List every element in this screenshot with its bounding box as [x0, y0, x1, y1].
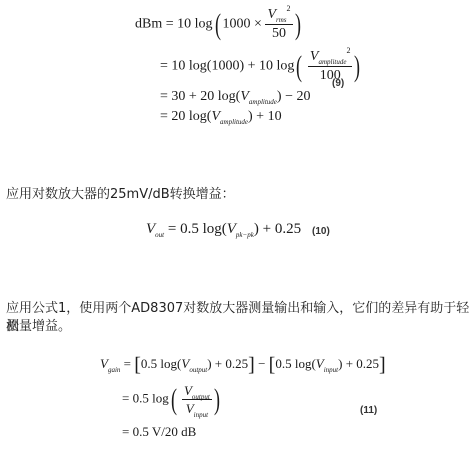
- var: V: [211, 109, 220, 124]
- paragraph-1: 应用对数放大器的25mV/dB转换增益：: [6, 186, 235, 204]
- right-paren: ): [214, 385, 220, 415]
- eq9-line3: = 30 + 20 log(Vamplitude) − 20: [160, 90, 310, 104]
- text: 0.5 log(: [141, 356, 181, 371]
- eq11-line3: = 0.5 V/20 dB: [122, 425, 196, 438]
- var: V: [240, 89, 249, 104]
- eq9-number: (9): [332, 78, 344, 89]
- right-paren: ): [295, 10, 301, 40]
- superscript: 2: [346, 46, 350, 55]
- eq9-l4-post: ) + 10: [248, 109, 282, 124]
- eq9-l1-fraction: Vrms2 50: [265, 8, 292, 41]
- text: ) + 0.25: [207, 356, 248, 371]
- text: 0.5 log(: [275, 356, 315, 371]
- text: = 0.5 log: [122, 390, 169, 405]
- eq10-expr: Vout = 0.5 log(Vpk−pk) + 0.25: [146, 222, 301, 237]
- left-paren: (: [171, 385, 177, 415]
- var: V: [146, 221, 155, 237]
- subscript: pk−pk: [236, 231, 254, 239]
- subscript: rms: [276, 16, 287, 24]
- denominator: 100: [308, 67, 353, 83]
- subscript: output: [189, 366, 207, 374]
- subscript: amplitude: [220, 118, 248, 126]
- right-bracket: ]: [379, 354, 386, 376]
- var: V: [227, 221, 236, 237]
- left-paren: (: [296, 52, 302, 82]
- superscript: 2: [287, 4, 291, 13]
- eq9-l2-pre: = 10 log(1000) + 10 log: [160, 59, 294, 74]
- left-bracket: [: [134, 354, 141, 376]
- eq10-post: ) + 0.25: [254, 221, 301, 237]
- op: =: [124, 356, 135, 371]
- var: V: [186, 401, 194, 416]
- eq9-lhs: dBm: [135, 17, 162, 32]
- subscript: amplitude: [249, 98, 277, 106]
- eq9-line4: = 20 log(Vamplitude) + 10: [160, 110, 282, 124]
- text: ) + 0.25: [338, 356, 379, 371]
- eq9-l1-inner: 1000 ×: [223, 17, 262, 32]
- denominator: 50: [265, 25, 292, 41]
- subscript: output: [192, 393, 210, 401]
- var: V: [267, 7, 276, 22]
- eq11-line1: Vgain = [0.5 log(Voutput) + 0.25] − [0.5…: [100, 355, 386, 375]
- paragraph-2-line-2: 测量增益。: [6, 318, 71, 336]
- eq9-l3-post: ) − 20: [277, 89, 311, 104]
- eq11-number: (11): [360, 405, 377, 416]
- subscript: input: [324, 366, 338, 374]
- eq10-number: (10): [312, 226, 330, 237]
- var: V: [100, 356, 108, 371]
- right-bracket: ]: [248, 354, 255, 376]
- eq9-l1-op: = 10 log: [166, 17, 213, 32]
- var: V: [184, 383, 192, 398]
- var: V: [316, 356, 324, 371]
- eq9-l3-pre: = 30 + 20 log(: [160, 89, 240, 104]
- right-paren: ): [354, 52, 360, 82]
- subscript: input: [194, 411, 208, 419]
- eq11-fraction: Voutput Vinput: [182, 384, 212, 415]
- subscript: out: [155, 231, 164, 239]
- op: −: [255, 356, 269, 371]
- subscript: gain: [108, 366, 120, 374]
- paragraph-2-line-1: 应用公式1，使用两个AD8307对数放大器测量输出和输入，它们的差异有助于轻松: [6, 300, 474, 336]
- left-paren: (: [215, 10, 221, 40]
- eq9-l4-pre: = 20 log(: [160, 109, 211, 124]
- subscript: amplitude: [318, 58, 346, 66]
- eq9-line1: dBm = 10 log(1000 × Vrms2 50 ): [135, 8, 303, 41]
- eq10-mid: = 0.5 log(: [164, 221, 227, 237]
- eq11-line2: = 0.5 log( Voutput Vinput ): [122, 384, 222, 415]
- eq9-l2-fraction: Vamplitude2 100: [308, 50, 353, 83]
